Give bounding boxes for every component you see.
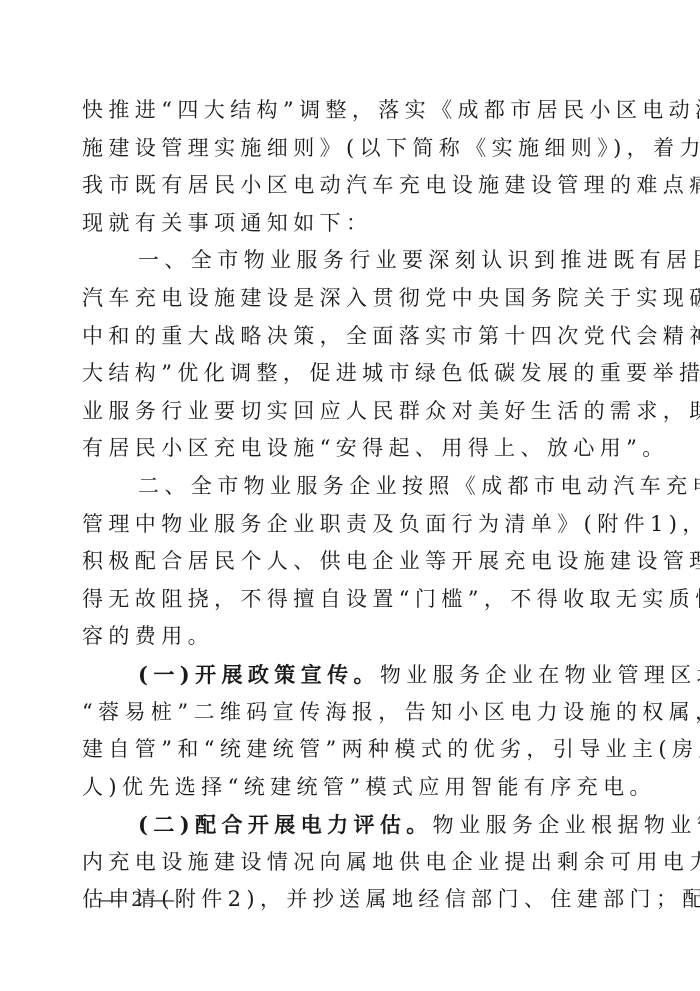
section-2-text: 物业服务企业根据物业管理区域 (433, 813, 700, 837)
document-body: 快推进“四大结构”调整，落实《成都市居民小区电动汽车充电设 施建设管理实施细则》… (82, 92, 616, 919)
text-line: 快推进“四大结构”调整，落实《成都市居民小区电动汽车充电设 (82, 92, 616, 130)
section-2-first-line: (二)配合开展电力评估。物业服务企业根据物业管理区域 (82, 806, 616, 844)
page-number: — 2 — (100, 886, 176, 912)
text-line: 内充电设施建设情况向属地供电企业提出剩余可用电力容量评 (82, 844, 616, 882)
text-line: 现就有关事项通知如下： (82, 205, 616, 243)
text-line: 建自管”和“统建统管”两种模式的优劣，引导业主(房屋租赁 (82, 731, 616, 769)
section-1-heading: (一)开展政策宣传。 (138, 662, 380, 687)
text-line: 大结构”优化调整，促进城市绿色低碳发展的重要举措。全市物 (82, 355, 616, 393)
text-line: 我市既有居民小区电动汽车充电设施建设管理的难点痛点问题， (82, 167, 616, 205)
section-1-first-line: (一)开展政策宣传。物业服务企业在物业管理区域内张贴 (82, 656, 616, 694)
section-1-text: 物业服务企业在物业管理区域内张贴 (380, 663, 700, 687)
text-line: 容的费用。 (82, 618, 616, 656)
text-line: 业服务行业要切实回应人民群众对美好生活的需求，助力实现既 (82, 393, 616, 431)
section-2-heading: (二)配合开展电力评估。 (138, 812, 433, 837)
text-line: “蓉易桩”二维码宣传海报，告知小区电力设施的权属，阐明“自 (82, 694, 616, 732)
text-line: 中和的重大战略决策，全面落实市第十四次党代会精神，推动“四 (82, 318, 616, 356)
text-line: 人)优先选择“统建统管”模式应用智能有序充电。 (82, 769, 616, 807)
text-line: 得无故阻挠，不得擅自设置“门槛”，不得收取无实质性服务内 (82, 581, 616, 619)
paragraph-2-start: 二、全市物业服务企业按照《成都市电动汽车充电设施建设 (82, 468, 616, 506)
text-line: 施建设管理实施细则》(以下简称《实施细则》)，着力解决当前 (82, 130, 616, 168)
text-line: 汽车充电设施建设是深入贯彻党中央国务院关于实现碳达峰、碳 (82, 280, 616, 318)
paragraph-1-start: 一、全市物业服务行业要深刻认识到推进既有居民小区电动 (82, 242, 616, 280)
text-line: 有居民小区充电设施“安得起、用得上、放心用”。 (82, 430, 616, 468)
text-line: 管理中物业服务企业职责及负面行为清单》(附件1)，依法依约 (82, 506, 616, 544)
text-line: 积极配合居民个人、供电企业等开展充电设施建设管理活动，不 (82, 543, 616, 581)
